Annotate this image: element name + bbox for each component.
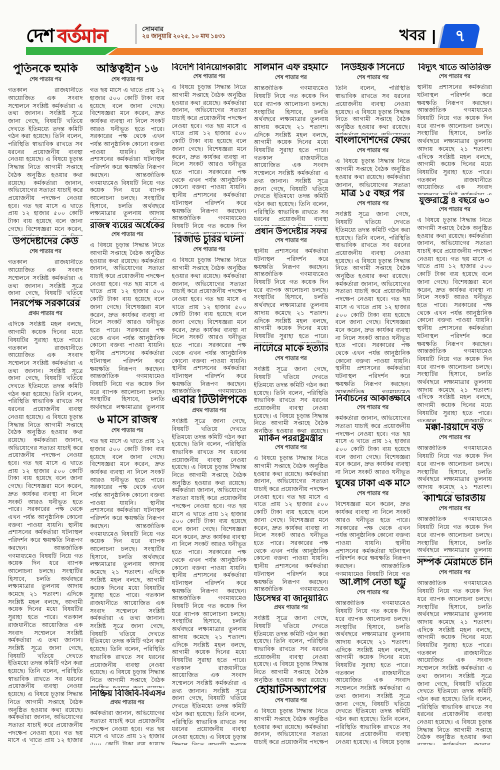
article-headline[interactable]: মক্কা-রিয়াদে বড়	[417, 423, 492, 434]
article-body: কর্মকর্তারা জানান, অভিযোগের সত্যতা যাচাই…	[90, 710, 165, 745]
news-article: নির্বাচনের আকাঙ্ক্ষাকেশেষ পাতার পরকর্মকর…	[335, 393, 410, 478]
news-article: বাংলাদেশিদের ফেরতেরশেষ পাতার পরএ বিষয়ে …	[335, 135, 410, 188]
news-article: মাত্র ১৫ বছর পরশেষ পাতার পরসংশ্লিষ্ট সূত…	[335, 188, 410, 393]
article-dateline: শেষ পাতার পর	[335, 491, 410, 499]
news-article: পুতিনকে হুমকিশেষ পাতার পরগতকাল রাজধানীতে…	[8, 62, 83, 236]
article-headline[interactable]: এবার টিউলিপকে	[172, 394, 247, 407]
green-swoosh-decoration	[26, 47, 118, 55]
news-article: ঘুষের টাকা এক মাসেশেষ পাতার পরবিশেষজ্ঞরা…	[335, 478, 410, 577]
news-column: অস্তিত্বহীন ১৬শেষ পাতার পরগত ছয় মাসে এ …	[90, 62, 165, 745]
article-headline[interactable]: নিরপেক্ষ সরকারের	[8, 299, 83, 310]
article-headline[interactable]: বিদেশি বিনিয়োগকারীদের	[172, 63, 247, 73]
article-body: গতকাল রাজধানীতে আয়োজিত এক সংবাদ সম্মেলন…	[8, 259, 83, 298]
article-headline[interactable]: যুক্তরাষ্ট্রে ৪ বছরে ৬০	[417, 196, 492, 206]
article-body: গত ছয় মাসে এ খাতে প্রায় ১২ হাজার ৫০০ ক…	[90, 438, 165, 688]
article-body: সংশ্লিষ্ট সূত্রে জানা গেছে, বিষয়টি খতিয…	[335, 211, 410, 393]
article-dateline: শেষ পাতার পর	[90, 232, 165, 240]
article-dateline: প্রথম পাতার পর	[90, 700, 165, 708]
news-article: মক্কা-রিয়াদে বড়শেষ পাতার পরআন্তর্জাতিক…	[417, 422, 492, 493]
article-headline[interactable]: নাটোরে মাকে হত্যার	[254, 344, 329, 355]
article-dateline: শেষ পাতার পর	[172, 247, 247, 255]
article-dateline: শেষ পাতার পর	[335, 148, 410, 156]
article-body: এ বিষয়ে চূড়ান্ত সিদ্ধান্ত নিতে আগামী স…	[90, 242, 165, 413]
article-headline[interactable]: প্রধান উপদেষ্টার সফর	[254, 227, 329, 237]
article-dateline: প্রথম পাতার পর	[172, 408, 247, 416]
news-article: ডিসেম্বর বা জানুয়ারিতেপ্রথম পাতার পরসংশ…	[254, 593, 329, 683]
article-body: আন্তর্জাতিক গণমাধ্যমেও বিষয়টি নিয়ে গত …	[254, 85, 329, 226]
article-headline[interactable]: পুতিনকে হুমকি	[8, 63, 83, 76]
news-article: প্রধান উপদেষ্টার সফরশেষ পাতার পরস্থানীয়…	[254, 226, 329, 343]
article-body: এদিকে সংশ্লিষ্ট মহল বলছে, আগামী কয়েক দি…	[8, 321, 83, 745]
article-headline[interactable]: বিদ্যুৎ খাতে অতিরিক্ত	[417, 63, 492, 73]
article-dateline: শেষ পাতার পর	[335, 75, 410, 83]
news-article: অস্তিত্বহীন ১৬শেষ পাতার পরগত ছয় মাসে এ …	[90, 62, 165, 220]
article-body: গত ছয় মাসে এ খাতে প্রায় ১২ হাজার ৫০০ ক…	[90, 87, 165, 220]
article-dateline: শেষ পাতার পর	[8, 249, 83, 257]
news-article: যুক্তরাষ্ট্রে ৪ বছরে ৬০শেষ পাতার পরএ বিষ…	[417, 195, 492, 422]
news-article: নিষ্ক্রিয় বিজিবি-বিএসএফপ্রথম পাতার পরকর…	[90, 688, 165, 745]
section-separator: |	[432, 28, 436, 45]
news-column: নিউইয়র্ক সিনেটেশেষ পাতার পরতিনি বলেন, প…	[335, 62, 410, 745]
page-number-flag: ৭	[439, 24, 480, 49]
news-article: রাজস্ব ব্যয়ের অর্ধেকেরশেষ পাতার পরএ বিষ…	[90, 220, 165, 413]
article-body: সংশ্লিষ্ট সূত্রে জানা গেছে, বিষয়টি খতিয…	[254, 615, 329, 683]
article-headline[interactable]: রিজার্ভ চুরির ঘটনা	[172, 235, 247, 246]
article-body: স্থানীয় প্রশাসনের কর্মকর্তারা ঘটনাস্থল …	[254, 248, 329, 343]
article-dateline: শেষ পাতার পর	[254, 356, 329, 364]
article-body: তিনি বলেন, পরিস্থিতি স্বাভাবিক রাখতে সব …	[335, 85, 410, 135]
news-article: নাটোরে মাকে হত্যারশেষ পাতার পরসংশ্লিষ্ট …	[254, 343, 329, 433]
news-article: মার্কিন পররাষ্ট্রমন্ত্রীরশেষ পাতার পরএ ব…	[254, 433, 329, 593]
article-body: সংশ্লিষ্ট সূত্রে জানা গেছে, বিষয়টি খতিয…	[254, 366, 329, 433]
section-header: খবর | ৭	[399, 24, 478, 49]
article-body: এ বিষয়ে চূড়ান্ত সিদ্ধান্ত নিতে আগামী স…	[254, 708, 329, 745]
article-dateline: শেষ পাতার পর	[335, 405, 410, 413]
weekday-label: সোমবার	[142, 26, 226, 34]
news-article: এবার টিউলিপকেপ্রথম পাতার পরসংশ্লিষ্ট সূত…	[172, 393, 247, 745]
article-dateline: শেষ পাতার পর	[254, 698, 329, 706]
article-body: এ বিষয়ে চূড়ান্ত সিদ্ধান্ত নিতে আগামী স…	[172, 84, 247, 234]
article-dateline: শেষ পাতার পর	[417, 74, 492, 82]
article-body: স্থানীয় প্রশাসনের কর্মকর্তারা ঘটনাস্থল …	[417, 84, 492, 195]
article-headline[interactable]: নির্বাচনের আকাঙ্ক্ষাকে	[335, 394, 410, 404]
article-body: আন্তর্জাতিক গণমাধ্যমেও বিষয়টি নিয়ে গত …	[417, 516, 492, 557]
section-label: খবর	[399, 24, 425, 49]
article-dateline: শেষ পাতার পর	[254, 75, 329, 83]
page-number: ৭	[455, 23, 465, 50]
news-column: বিদেশি বিনিয়োগকারীদেরশেষ পাতার পরএ বিষয…	[172, 62, 247, 745]
article-headline[interactable]: মাত্র ১৫ বছর পর	[335, 189, 410, 200]
article-dateline: শেষ পাতার পর	[417, 570, 492, 578]
article-dateline: শেষ পাতার পর	[335, 201, 410, 209]
date-label: ২৪ জানুয়ারি ২০২৫, ১০ মাঘ ১৪৩১	[142, 34, 226, 41]
article-headline[interactable]: নিষ্ক্রিয় বিজিবি-বিএসএফ	[90, 689, 165, 699]
article-dateline: শেষ পাতার পর	[8, 77, 83, 85]
article-body: সংশ্লিষ্ট সূত্রে জানা গেছে, বিষয়টি খতিয…	[172, 418, 247, 745]
article-dateline: শেষ পাতার পর	[417, 435, 492, 443]
article-headline[interactable]: নিউইয়র্ক সিনেটে	[335, 63, 410, 74]
news-article: সম্পর্ক মেরামতে চীনশেষ পাতার পরআন্তর্জাত…	[417, 557, 492, 745]
article-headline[interactable]: হোয়াটসঅ্যাপের	[254, 684, 329, 697]
date-block: সোমবার ২৪ জানুয়ারি ২০২৫, ১০ মাঘ ১৪৩১	[142, 26, 226, 41]
article-dateline: শেষ পাতার পর	[254, 238, 329, 246]
article-body: এ বিষয়ে চূড়ান্ত সিদ্ধান্ত নিতে আগামী স…	[335, 158, 410, 188]
news-article: উপদেষ্টাদের কেউশেষ পাতার পরগতকাল রাজধানী…	[8, 236, 83, 298]
news-article: আ.লীগ নেতা ছট্টুশেষ পাতার পরআন্তর্জাতিক …	[335, 577, 410, 745]
article-dateline: শেষ পাতার পর	[172, 74, 247, 82]
news-columns: পুতিনকে হুমকিশেষ পাতার পরগতকাল রাজধানীতে…	[8, 62, 492, 745]
article-headline[interactable]: বাংলাদেশিদের ফেরতের	[335, 136, 410, 147]
article-headline[interactable]: ডিসেম্বর বা জানুয়ারিতে	[254, 594, 329, 604]
orange-stripe-decoration	[108, 48, 483, 55]
article-dateline: শেষ পাতার পর	[254, 445, 329, 453]
news-article: রিজার্ভ চুরির ঘটনাশেষ পাতার পরএ বিষয়ে চ…	[172, 234, 247, 393]
news-article: নিরপেক্ষ সরকারেরপ্রথম পাতার পরএদিকে সংশ্…	[8, 298, 83, 745]
article-dateline: শেষ পাতার পর	[90, 77, 165, 85]
news-article: বিদ্যুৎ খাতে অতিরিক্তশেষ পাতার পরস্থানীয…	[417, 62, 492, 195]
article-dateline: শেষ পাতার পর	[90, 428, 165, 436]
news-article: কাশ্মিরে ভারতীয়শেষ পাতার পরআন্তর্জাতিক …	[417, 493, 492, 557]
article-headline[interactable]: মার্কিন পররাষ্ট্রমন্ত্রীর	[254, 434, 329, 444]
masthead: দেশ বর্তমান সোমবার ২৪ জানুয়ারি ২০২৫, ১০…	[0, 0, 500, 58]
article-body: গতকাল রাজধানীতে আয়োজিত এক সংবাদ সম্মেলন…	[8, 87, 83, 236]
article-body: এ বিষয়ে চূড়ান্ত সিদ্ধান্ত নিতে আগামী স…	[417, 217, 492, 422]
article-dateline: প্রথম পাতার পর	[8, 311, 83, 319]
article-headline[interactable]: উপদেষ্টাদের কেউ	[8, 237, 83, 248]
news-column: পুতিনকে হুমকিশেষ পাতার পরগতকাল রাজধানীতে…	[8, 62, 83, 745]
article-dateline: প্রথম পাতার পর	[254, 605, 329, 613]
article-body: আন্তর্জাতিক গণমাধ্যমেও বিষয়টি নিয়ে গত …	[417, 580, 492, 745]
news-article: ৬ মাসে রাজস্বশেষ পাতার পরগত ছয় মাসে এ খ…	[90, 413, 165, 688]
article-headline[interactable]: সম্পর্ক মেরামতে চীন	[417, 558, 492, 569]
article-headline[interactable]: কাশ্মিরে ভারতীয়	[417, 494, 492, 505]
news-column: সালমান এফ রহমানেরশেষ পাতার পরআন্তর্জাতিক…	[254, 62, 329, 745]
article-dateline: শেষ পাতার পর	[335, 590, 410, 598]
news-article: নিউইয়র্ক সিনেটেশেষ পাতার পরতিনি বলেন, প…	[335, 62, 410, 135]
article-body: কর্মকর্তারা জানান, অভিযোগের সত্যতা যাচাই…	[335, 415, 410, 478]
article-headline[interactable]: রাজস্ব ব্যয়ের অর্ধেকের	[90, 221, 165, 231]
news-column: বিদ্যুৎ খাতে অতিরিক্তশেষ পাতার পরস্থানীয…	[417, 62, 492, 745]
article-headline[interactable]: সালমান এফ রহমানের	[254, 63, 329, 74]
logo-divider	[135, 24, 137, 44]
news-article: হোয়াটসঅ্যাপেরশেষ পাতার পরএ বিষয়ে চূড়া…	[254, 683, 329, 745]
article-body: আন্তর্জাতিক গণমাধ্যমেও বিষয়টি নিয়ে গত …	[335, 600, 410, 745]
news-article: সালমান এফ রহমানেরশেষ পাতার পরআন্তর্জাতিক…	[254, 62, 329, 226]
article-dateline: শেষ পাতার পর	[417, 207, 492, 215]
article-body: এ বিষয়ে চূড়ান্ত সিদ্ধান্ত নিতে আগামী স…	[172, 257, 247, 393]
news-article: বিদেশি বিনিয়োগকারীদেরশেষ পাতার পরএ বিষয…	[172, 62, 247, 234]
article-body: এ বিষয়ে চূড়ান্ত সিদ্ধান্ত নিতে আগামী স…	[254, 455, 329, 593]
article-headline[interactable]: অস্তিত্বহীন ১৬	[90, 63, 165, 76]
article-dateline: শেষ পাতার পর	[417, 506, 492, 514]
article-headline[interactable]: আ.লীগ নেতা ছট্টু	[335, 578, 410, 589]
article-body: বিশেষজ্ঞরা মনে করেন, দ্রুত কার্যকর ব্যবস…	[335, 501, 410, 577]
article-headline[interactable]: ৬ মাসে রাজস্ব	[90, 414, 165, 427]
article-body: আন্তর্জাতিক গণমাধ্যমেও বিষয়টি নিয়ে গত …	[417, 445, 492, 493]
article-headline[interactable]: ঘুষের টাকা এক মাসে	[335, 479, 410, 490]
